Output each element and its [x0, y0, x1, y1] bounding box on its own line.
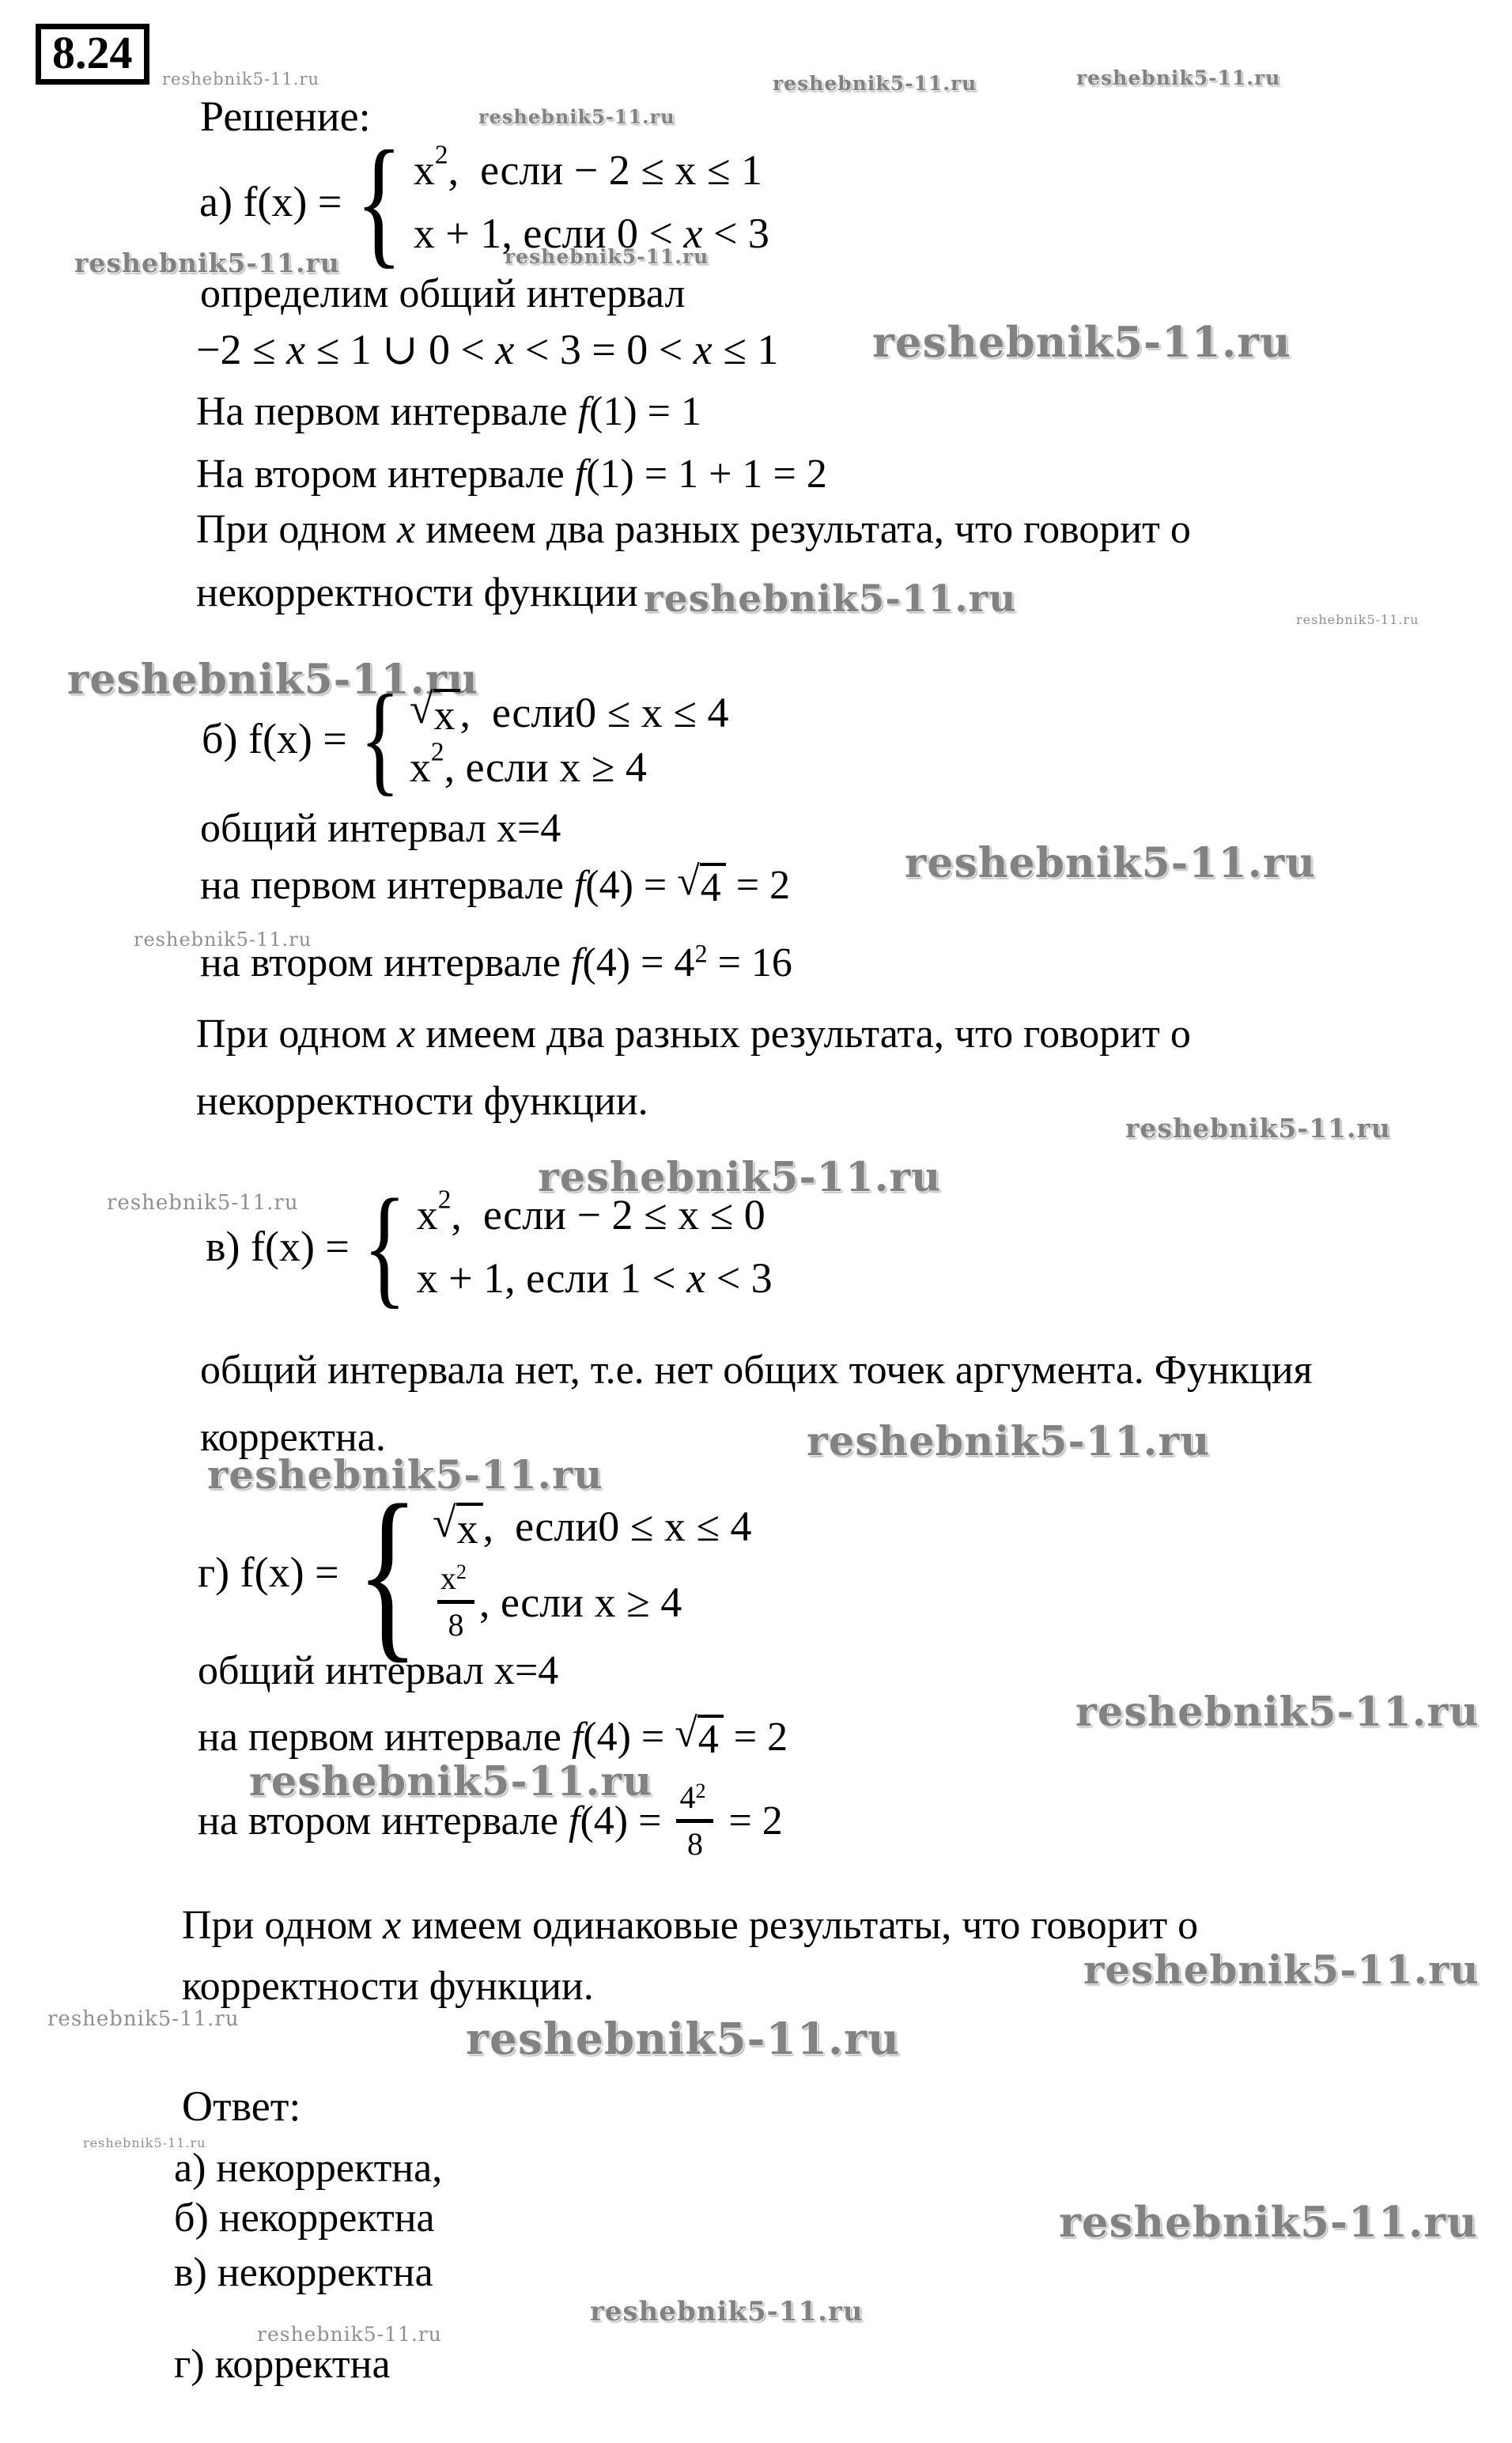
sqrt-icon: √: [677, 861, 700, 902]
text: На втором интервале: [196, 452, 575, 497]
formula-g: г) f(x) = { √x, если0 ≤ x ≤ 4 x28, если …: [198, 1488, 752, 1656]
line-g-conclusion-1: При одном x имеем одинаковые результаты,…: [182, 1902, 1198, 1949]
formula-v-case-2: x + 1, если 1 < x < 3: [417, 1257, 773, 1299]
line-v-conclusion-1: общий интервала нет, т.е. нет общих точе…: [200, 1347, 1313, 1394]
formula-v-brace: {: [363, 1185, 406, 1308]
case-term: x: [417, 1193, 438, 1236]
watermark: reshebnik5-11.ru: [644, 580, 1017, 618]
watermark: reshebnik5-11.ru: [478, 108, 675, 127]
case-condition: , если − 2 ≤ x ≤ 1: [448, 149, 762, 191]
line-b-common-interval: общий интервал x=4: [200, 805, 561, 853]
text: имеем два разных результата, что говорит…: [415, 1012, 1191, 1057]
text: на втором интервале: [200, 940, 571, 985]
line-a-conclusion-1: При одном x имеем два разных результата,…: [196, 506, 1191, 554]
math-function: f: [569, 1798, 580, 1844]
watermark: reshebnik5-11.ru: [162, 71, 319, 88]
sqrt-icon: √: [675, 1713, 697, 1754]
solution-heading: Решение:: [200, 92, 371, 141]
line-b-conclusion-2: некорректности функции.: [196, 1078, 648, 1125]
formula-g-case-2: x28, если x ≥ 4: [433, 1563, 752, 1641]
watermark: reshebnik5-11.ru: [872, 322, 1291, 364]
formula-a: а) f(x) = { x2, если − 2 ≤ x ≤ 1 x + 1, …: [199, 139, 769, 264]
formula-b-label: б) f(x) =: [202, 714, 347, 763]
text: На первом интервале: [196, 389, 578, 434]
sqrt-expression: √4: [677, 863, 726, 909]
case-variable: x: [683, 212, 702, 255]
math-text: (4) =: [580, 1798, 671, 1844]
math-text: (1) = 1 + 1 = 2: [586, 452, 827, 497]
sqrt-expression: √4: [675, 1715, 724, 1760]
math-variable: x: [286, 326, 305, 373]
line-b-conclusion-1: При одном x имеем два разных результата,…: [196, 1011, 1191, 1058]
formula-g-brace: {: [356, 1484, 418, 1661]
formula-b-case-1: √x, если0 ≤ x ≤ 4: [410, 689, 729, 736]
line-g-second-interval: на втором интервале f(4) = 428 = 2: [198, 1782, 783, 1860]
fraction: x28: [437, 1563, 474, 1641]
formula-b: б) f(x) = { √x, если0 ≤ x ≤ 4 x2, если x…: [202, 685, 728, 792]
text: на первом интервале: [198, 1714, 572, 1760]
fraction-numerator: 42: [676, 1782, 713, 1823]
case-term: x: [414, 149, 435, 191]
formula-v: в) f(x) = { x2, если − 2 ≤ x ≤ 0 x + 1, …: [206, 1188, 773, 1304]
formula-v-cases: x2, если − 2 ≤ x ≤ 0 x + 1, если 1 < x <…: [417, 1193, 773, 1299]
case-term: x + 1, если 1 <: [417, 1257, 687, 1299]
fraction: 428: [676, 1782, 713, 1860]
radicand: x: [433, 689, 460, 736]
line-b-second-interval: на втором интервале f(4) = 42 = 16: [200, 940, 792, 987]
math-variable: x: [694, 326, 713, 373]
math-text: = 2: [726, 862, 790, 909]
line-g-first-interval: на первом интервале f(4) = √4 = 2: [198, 1714, 788, 1760]
fraction-numerator: x2: [437, 1563, 474, 1604]
math-text: = 2: [724, 1714, 788, 1760]
math-function: f: [574, 862, 585, 909]
line-a-conclusion-2: некорректности функции: [196, 569, 638, 617]
math-text: (1) = 1: [589, 389, 701, 434]
math-function: f: [575, 452, 586, 497]
text: При одном: [196, 507, 397, 552]
formula-a-case-1: x2, если − 2 ≤ x ≤ 1: [414, 149, 769, 191]
term: x: [440, 1560, 456, 1596]
line-a-first-interval: На первом интервале f(1) = 1: [196, 388, 701, 436]
answer-item-a: а) некорректна,: [174, 2145, 442, 2192]
fraction-denominator: 8: [687, 1823, 703, 1860]
text: При одном: [196, 1012, 397, 1057]
case-condition: , если x ≥ 4: [479, 1581, 682, 1624]
line-g-conclusion-2: корректности функции.: [182, 1963, 594, 2010]
line-interval-union: −2 ≤ x ≤ 1 ∪ 0 < x < 3 = 0 < x ≤ 1: [196, 325, 778, 374]
case-term: x + 1, если 0 <: [414, 212, 684, 255]
watermark: reshebnik5-11.ru: [590, 2298, 864, 2325]
case-condition: < 3: [705, 1257, 772, 1299]
fraction-denominator: 8: [448, 1604, 463, 1641]
math-function: f: [571, 940, 582, 985]
line-g-common-interval: общий интервал x=4: [198, 1647, 558, 1695]
watermark: reshebnik5-11.ru: [1083, 1950, 1480, 1990]
sqrt-icon: √: [410, 687, 433, 730]
watermark: reshebnik5-11.ru: [466, 2017, 900, 2060]
watermark: reshebnik5-11.ru: [905, 843, 1316, 884]
text: имеем два разных результата, что говорит…: [415, 507, 1191, 552]
formula-g-cases: √x, если0 ≤ x ≤ 4 x28, если x ≥ 4: [433, 1503, 752, 1641]
sqrt-icon: √: [433, 1501, 456, 1544]
text: на втором интервале: [198, 1798, 569, 1844]
formula-b-case-2: x2, если x ≥ 4: [410, 746, 729, 788]
formula-v-case-1: x2, если − 2 ≤ x ≤ 0: [417, 1193, 773, 1236]
text: на первом интервале: [200, 862, 574, 909]
answer-item-b: б) некорректна: [174, 2195, 435, 2242]
line-a-second-interval: На втором интервале f(1) = 1 + 1 = 2: [196, 451, 827, 498]
math-text: = 16: [708, 940, 792, 985]
math-text: = 2: [718, 1798, 782, 1844]
math-text: (4) =: [585, 862, 677, 909]
formula-a-case-2: x + 1, если 0 < x < 3: [414, 212, 769, 255]
watermark: reshebnik5-11.ru: [773, 74, 977, 93]
formula-g-case-1: √x, если0 ≤ x ≤ 4: [433, 1503, 752, 1550]
formula-a-cases: x2, если − 2 ≤ x ≤ 1 x + 1, если 0 < x <…: [414, 149, 769, 255]
radicand: x: [456, 1503, 483, 1550]
math-text: (4) = 4: [582, 940, 694, 985]
watermark: reshebnik5-11.ru: [1059, 2202, 1478, 2244]
case-condition: , если − 2 ≤ x ≤ 0: [451, 1193, 765, 1236]
solution-page: 8.24 reshebnik5-11.ru reshebnik5-11.ru r…: [0, 0, 1512, 2443]
radicand: 4: [700, 863, 726, 909]
formula-b-brace: {: [360, 682, 400, 796]
formula-a-label: а) f(x) =: [199, 177, 342, 226]
answer-heading: Ответ:: [182, 2082, 301, 2131]
math-text: < 3 = 0 <: [514, 326, 693, 373]
watermark: reshebnik5-11.ru: [1076, 68, 1280, 88]
case-condition: , если0 ≤ x ≤ 4: [483, 1505, 752, 1548]
line-define-interval: определим общий интервал: [200, 270, 685, 318]
watermark: reshebnik5-11.ru: [47, 2009, 240, 2029]
case-condition: < 3: [702, 212, 769, 255]
sqrt-expression: √x: [410, 689, 460, 736]
case-variable: x: [686, 1257, 705, 1299]
math-variable: x: [397, 507, 415, 552]
problem-number-badge: 8.24: [36, 24, 149, 85]
problem-number: 8.24: [52, 27, 133, 78]
math-function: f: [578, 389, 589, 434]
text: При одном: [182, 1903, 383, 1948]
line-v-conclusion-2: корректна.: [200, 1414, 386, 1462]
math-variable: x: [397, 1012, 415, 1057]
math-text: ≤ 1: [713, 326, 779, 373]
formula-v-label: в) f(x) =: [206, 1222, 350, 1271]
watermark: reshebnik5-11.ru: [1075, 1692, 1479, 1733]
formula-b-cases: √x, если0 ≤ x ≤ 4 x2, если x ≥ 4: [410, 689, 729, 788]
formula-g-label: г) f(x) =: [198, 1548, 339, 1597]
line-b-first-interval: на первом интервале f(4) = √4 = 2: [200, 862, 790, 909]
watermark: reshebnik5-11.ru: [1125, 1115, 1391, 1141]
math-text: (4) =: [583, 1714, 675, 1760]
radicand: 4: [697, 1715, 724, 1760]
math-variable: x: [495, 326, 514, 373]
case-term: x: [410, 746, 431, 788]
text: имеем одинаковые результаты, что говорит…: [401, 1903, 1198, 1948]
watermark: reshebnik5-11.ru: [1296, 614, 1419, 626]
math-text: −2 ≤: [196, 326, 286, 373]
term: 4: [679, 1779, 695, 1815]
formula-a-brace: {: [356, 135, 403, 268]
answer-item-g: г) корректна: [174, 2341, 391, 2388]
watermark: reshebnik5-11.ru: [807, 1422, 1210, 1462]
math-function: f: [572, 1714, 583, 1760]
sqrt-expression: √x: [433, 1503, 483, 1550]
case-condition: , если0 ≤ x ≤ 4: [460, 691, 729, 734]
math-variable: x: [383, 1903, 401, 1948]
case-condition: , если x ≥ 4: [444, 746, 647, 788]
math-text: ≤ 1 ∪ 0 <: [305, 326, 495, 373]
answer-item-v: в) некорректна: [174, 2249, 433, 2297]
